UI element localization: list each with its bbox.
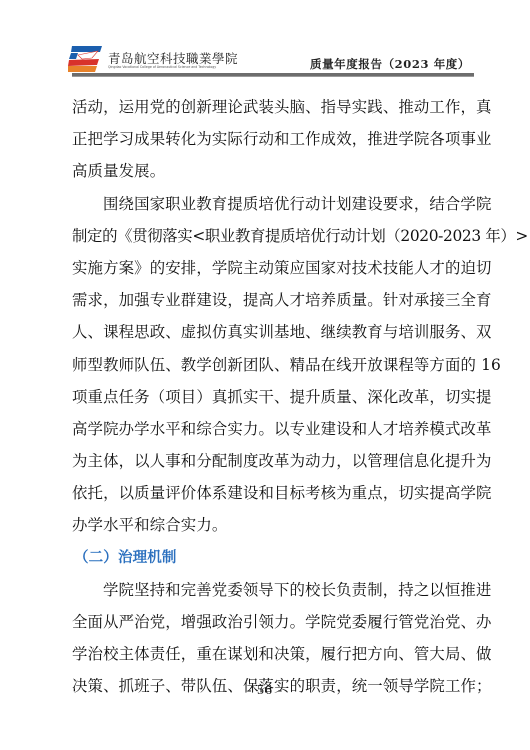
report-title: 质量年度报告（2023 年度） bbox=[310, 56, 470, 72]
text-line: 学治校主体责任，重在谋划和决策，履行把方向、管大局、做 bbox=[72, 638, 470, 670]
text-line: 制定的《贯彻落实<职业教育提质培优行动计划（2020-2023 年）> bbox=[72, 220, 470, 252]
header-divider bbox=[72, 73, 474, 77]
text-line: 为主体，以人事和分配制度改革为动力，以管理信息化提升为 bbox=[72, 445, 470, 477]
text-line: 活动，运用党的创新理论武装头脑、指导实践、推动工作，真 bbox=[72, 91, 470, 123]
page-number: - 56 - bbox=[0, 683, 530, 699]
text-line: 项重点任务（项目）真抓实干、提升质量、深化改革，切实提 bbox=[72, 381, 470, 413]
section-heading: （二）治理机制 bbox=[72, 542, 470, 574]
text-line: 学院坚持和完善党委领导下的校长负责制，持之以恒推进 bbox=[72, 574, 470, 606]
page-header: 青岛航空科技職業學院 Qingdao Vocational College of… bbox=[62, 44, 490, 76]
text-line: 依托，以质量评价体系建设和目标考核为重点，切实提高学院 bbox=[72, 477, 470, 509]
text-line: 高质量发展。 bbox=[72, 155, 470, 187]
text-line: 高学院办学水平和综合实力。以专业建设和人才培养模式改革 bbox=[72, 413, 470, 445]
text-line: 全面从严治党，增强政治引领力。学院党委履行管党治党、办 bbox=[72, 606, 470, 638]
school-name-en: Qingdao Vocational College of Aeronautic… bbox=[108, 65, 216, 69]
document-body: 活动，运用党的创新理论武装头脑、指导实践、推动工作，真 正把学习成果转化为实际行… bbox=[72, 91, 470, 703]
text-line: 人、课程思政、虚拟仿真实训基地、继续教育与培训服务、双 bbox=[72, 316, 470, 348]
text-line: 需求，加强专业群建设，提高人才培养质量。针对承接三全育 bbox=[72, 284, 470, 316]
text-line: 师型教师队伍、教学创新团队、精品在线开放课程等方面的 16 bbox=[72, 349, 470, 381]
text-line: 正把学习成果转化为实际行动和工作成效，推进学院各项事业 bbox=[72, 123, 470, 155]
text-line: 办学水平和综合实力。 bbox=[72, 509, 470, 541]
college-logo-icon bbox=[68, 46, 102, 72]
text-line: 围绕国家职业教育提质培优行动计划建设要求，结合学院 bbox=[72, 188, 470, 220]
text-line: 实施方案》的安排，学院主动策应国家对技术技能人才的迫切 bbox=[72, 252, 470, 284]
